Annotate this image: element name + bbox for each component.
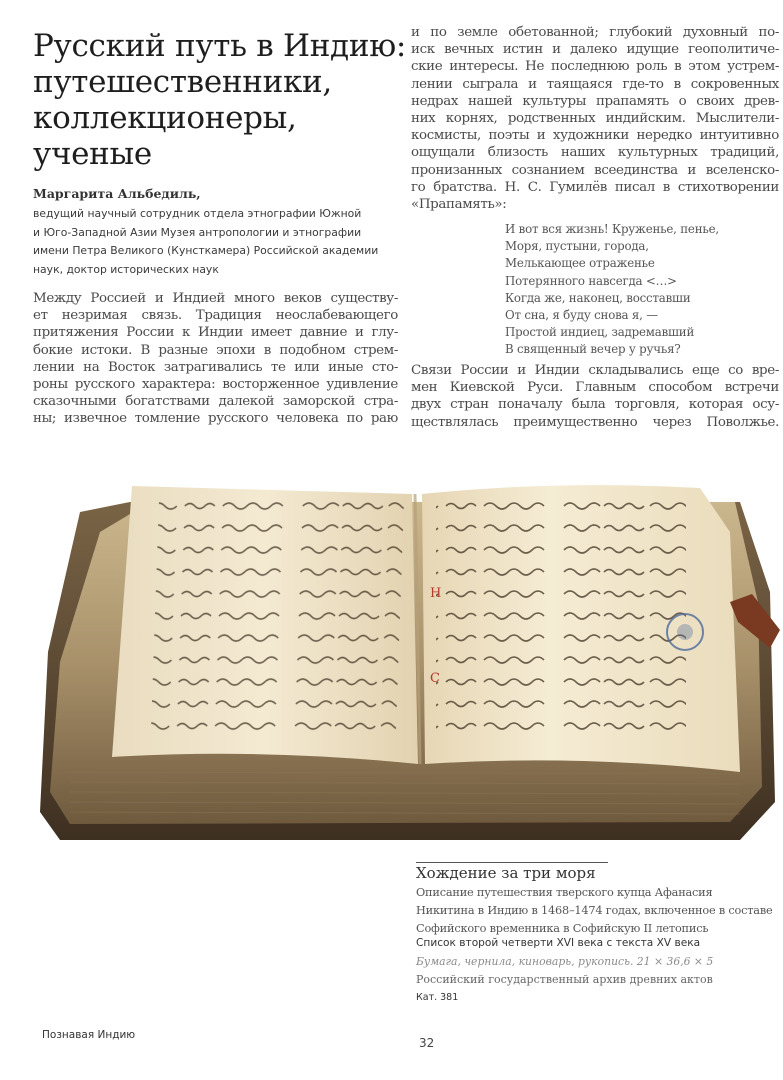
caption-description: Описание путешествия тверского купца Афа… xyxy=(416,884,783,938)
body-line: Связи России и Индии складывались еще со… xyxy=(411,362,779,379)
body-text-right-bottom: Связи России и Индии складывались еще со… xyxy=(411,362,779,431)
author-name: Маргарита Альбедиль, xyxy=(33,186,201,201)
body-line: них корнях, родственных индийским. Мысли… xyxy=(411,110,779,127)
poem-line: И вот вся жизнь! Круженье, пенье, xyxy=(505,221,775,238)
manuscript-photo: Н С xyxy=(40,472,783,844)
open-book-illustration: Н С xyxy=(40,472,783,844)
svg-text:С: С xyxy=(430,671,440,686)
title-line: коллекционеры, xyxy=(33,100,403,136)
caption-line: Никитина в Индию в 1468–1474 годах, вклю… xyxy=(416,902,783,920)
caption-line: Описание путешествия тверского купца Афа… xyxy=(416,884,783,902)
body-line: ские интересы. Не последнюю роль в этом … xyxy=(411,58,779,75)
body-line: недрах нашей культуры прапамять о своих … xyxy=(411,93,779,110)
body-line: космисты, поэты и художники нередко инту… xyxy=(411,127,779,144)
poem-line: Мелькающее отраженье xyxy=(505,255,775,272)
title-line: Русский путь в Индию: xyxy=(33,28,403,64)
caption-catalog-number: Кат. 381 xyxy=(416,992,458,1003)
poem-line: В священный вечер у ручья? xyxy=(505,341,775,358)
caption-title: Хождение за три моря xyxy=(416,864,596,882)
caption-line: Софийского временника в Софийскую II лет… xyxy=(416,920,783,938)
footer-section-title: Познавая Индию xyxy=(42,1029,135,1041)
author-bio: ведущий научный сотрудник отдела этногра… xyxy=(33,205,403,279)
body-text-right-column: и по земле обетованной; глубокий духовны… xyxy=(411,24,779,213)
poem-line: Потерянного навсегда <…> xyxy=(505,273,775,290)
svg-text:Н: Н xyxy=(430,586,441,601)
article-title: Русский путь в Индию: путешественники, к… xyxy=(33,28,403,172)
caption-divider xyxy=(416,862,608,863)
page-number: 32 xyxy=(419,1036,434,1050)
bio-line: имени Петра Великого (Кунсткамера) Росси… xyxy=(33,242,403,261)
bio-line: ведущий научный сотрудник отдела этногра… xyxy=(33,205,403,224)
body-line: двух стран поначалу была торговля, котор… xyxy=(411,396,779,413)
body-line: ществлялась преимущественно через Поволж… xyxy=(411,414,779,431)
title-line: ученые xyxy=(33,136,403,172)
poem-line: Простой индиец, задремавший xyxy=(505,324,775,341)
poem-quote: И вот вся жизнь! Круженье, пенье, Моря, … xyxy=(505,221,775,359)
poem-line: Моря, пустыни, города, xyxy=(505,238,775,255)
body-line: «Прапамять»: xyxy=(411,196,779,213)
body-line: лении на Восток затрагивались те или ины… xyxy=(33,359,398,376)
poem-line: От сна, я буду снова я, — xyxy=(505,307,775,324)
title-line: путешественники, xyxy=(33,64,403,100)
bio-line: и Юго-Западной Азии Музея антропологии и… xyxy=(33,224,403,243)
body-line: ны; извечное томление русского человека … xyxy=(33,410,398,427)
body-line: и по земле обетованной; глубокий духовны… xyxy=(411,24,779,41)
body-line: притяжения России к Индии имеет давние и… xyxy=(33,324,398,341)
caption-materials: Бумага, чернила, киноварь, рукопись. 21 … xyxy=(416,955,713,968)
body-line: сказочными богатствами далекой заморской… xyxy=(33,393,398,410)
body-line: лении сыграла и таящаяся где-то в сокров… xyxy=(411,76,779,93)
body-line: ет незримая связь. Традиция неослабевающ… xyxy=(33,307,398,324)
body-line: мен Киевской Руси. Главным способом встр… xyxy=(411,379,779,396)
body-line: бокие истоки. В разные эпохи в подобном … xyxy=(33,342,398,359)
bio-line: наук, доктор исторических наук xyxy=(33,261,403,280)
body-line: роны русского характера: восторженное уд… xyxy=(33,376,398,393)
body-line: пронизанных сознанием всеединства и всел… xyxy=(411,162,779,179)
caption-list-note: Список второй четверти XVI века с текста… xyxy=(416,937,700,949)
body-line: ощущали близость наших культурных традиц… xyxy=(411,144,779,161)
poem-line: Когда же, наконец, восставши xyxy=(505,290,775,307)
body-text-left-column: Между Россией и Индией много веков сущес… xyxy=(33,290,398,428)
body-line: иск вечных истин и далеко идущие геополи… xyxy=(411,41,779,58)
body-line: Между Россией и Индией много веков сущес… xyxy=(33,290,398,307)
caption-archive: Российский государственный архив древних… xyxy=(416,973,713,986)
body-line: го братства. Н. С. Гумилёв писал в стихо… xyxy=(411,179,779,196)
